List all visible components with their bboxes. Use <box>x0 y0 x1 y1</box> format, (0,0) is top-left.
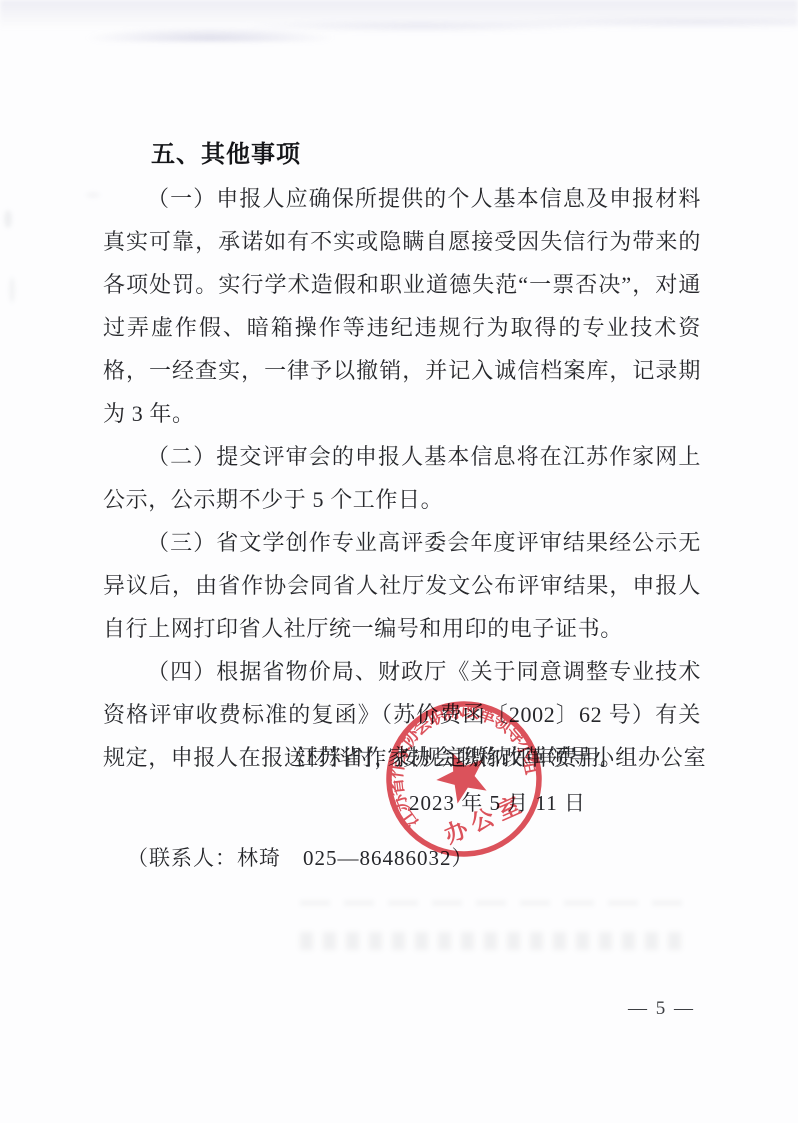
bleed-through-artifact <box>300 900 690 906</box>
signature-organization: 江苏省作家协会职称改革领导小组办公室 <box>296 741 706 772</box>
bleed-through-artifact <box>300 932 690 950</box>
scan-speck <box>4 210 12 228</box>
page-number: — 5 — <box>628 998 695 1020</box>
section-heading: 五、其他事项 <box>103 133 701 177</box>
scan-artifact-top <box>0 0 798 42</box>
document-body: 五、其他事项 （一）申报人应确保所提供的个人基本信息及申报材料真实可靠，承诺如有… <box>103 133 701 779</box>
signature-date: 2023 年 5 月 11 日 <box>409 787 586 817</box>
document-page: 五、其他事项 （一）申报人应确保所提供的个人基本信息及申报材料真实可靠，承诺如有… <box>0 0 798 1123</box>
scan-speck <box>9 277 15 303</box>
body-paragraph-1: （一）申报人应确保所提供的个人基本信息及申报材料真实可靠，承诺如有不实或隐瞒自愿… <box>103 177 701 435</box>
body-paragraph-2: （二）提交评审会的申报人基本信息将在江苏作家网上公示，公示期不少于 5 个工作日… <box>103 435 701 521</box>
contact-info: （联系人：林琦 025—86486032） <box>127 842 474 872</box>
scan-speck <box>86 192 100 198</box>
body-paragraph-3: （三）省文学创作专业高评委会年度评审结果经公示无异议后，由省作协会同省人社厅发文… <box>103 521 701 650</box>
